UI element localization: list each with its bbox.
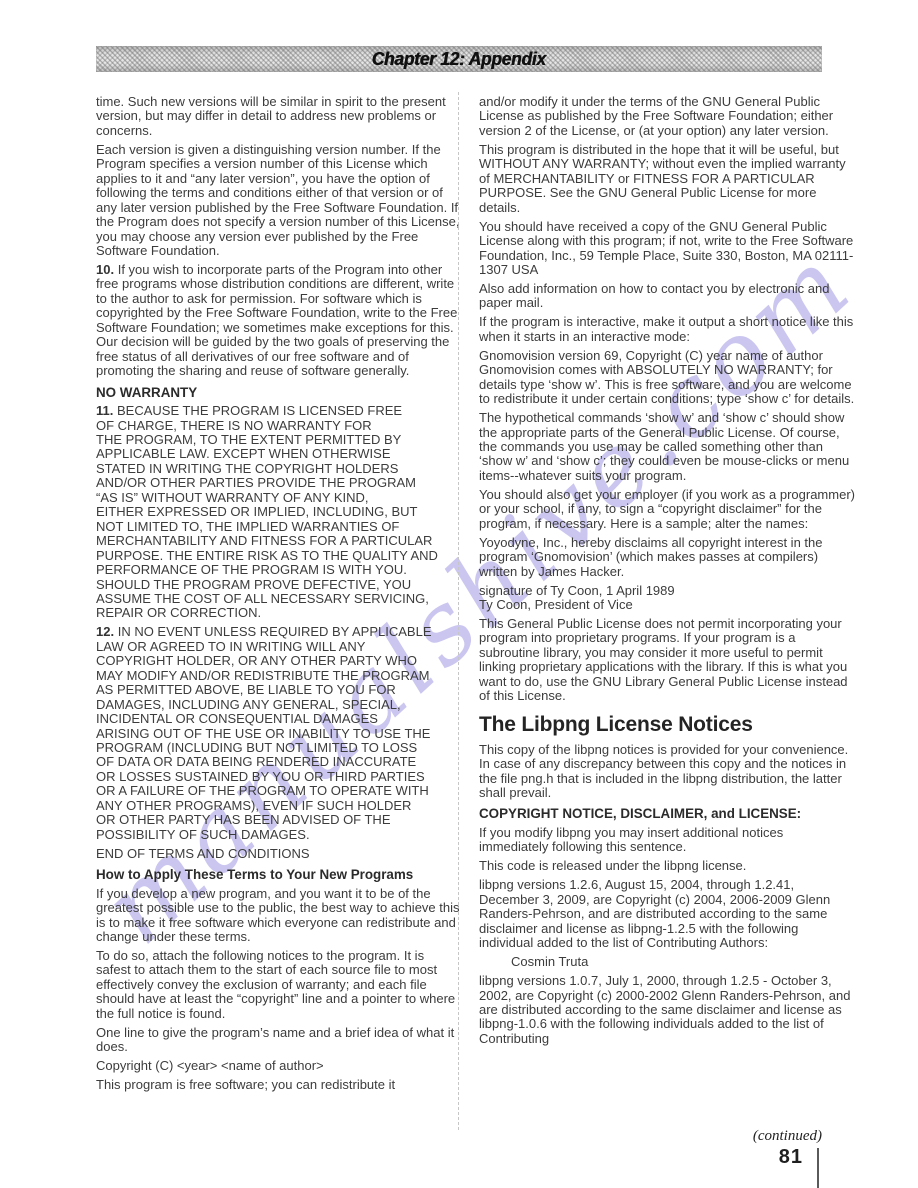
paragraph: 10. If you wish to incorporate parts of … (96, 263, 462, 379)
right-column: and/or modify it under the terms of the … (479, 95, 856, 1051)
paragraph: libpng versions 1.2.6, August 15, 2004, … (479, 878, 856, 950)
paragraph: This program is free software; you can r… (96, 1078, 462, 1092)
clause-text: If you wish to incorporate parts of the … (96, 262, 457, 378)
paragraph: The hypothetical commands ‘show w’ and ‘… (479, 411, 856, 483)
paragraph: One line to give the program’s name and … (96, 1026, 462, 1055)
section-heading-copyright-notice: COPYRIGHT NOTICE, DISCLAIMER, and LICENS… (479, 806, 856, 821)
continued-label: (continued) (753, 1128, 822, 1145)
section-heading-no-warranty: NO WARRANTY (96, 385, 462, 400)
page-number: 81 (779, 1146, 803, 1169)
paragraph: time. Such new versions will be similar … (96, 95, 462, 138)
paragraph: Copyright (C) <year> <name of author> (96, 1059, 462, 1073)
clause-text: BECAUSE THE PROGRAM IS LICENSED FREE OF … (96, 403, 438, 620)
chapter-title: Chapter 12: Appendix (372, 49, 546, 70)
clause-number: 12. (96, 624, 114, 639)
paragraph: 11. BECAUSE THE PROGRAM IS LICENSED FREE… (96, 404, 462, 621)
paragraph: and/or modify it under the terms of the … (479, 95, 856, 138)
paragraph: Each version is given a distinguishing v… (96, 143, 462, 259)
paragraph: You should have received a copy of the G… (479, 220, 856, 278)
chapter-header-bar: Chapter 12: Appendix (96, 46, 822, 72)
paragraph: If you modify libpng you may insert addi… (479, 826, 856, 855)
paragraph: This program is distributed in the hope … (479, 143, 856, 215)
signature-lines: signature of Ty Coon, 1 April 1989 Ty Co… (479, 584, 856, 613)
section-heading-how-to-apply: How to Apply These Terms to Your New Pro… (96, 867, 462, 882)
clause-text: IN NO EVENT UNLESS REQUIRED BY APPLICABL… (96, 624, 432, 841)
paragraph: END OF TERMS AND CONDITIONS (96, 847, 462, 861)
paragraph: Yoyodyne, Inc., hereby disclaims all cop… (479, 536, 856, 579)
paragraph: If the program is interactive, make it o… (479, 315, 856, 344)
paragraph: This copy of the libpng notices is provi… (479, 743, 856, 801)
page-number-rule (817, 1148, 819, 1188)
paragraph: Also add information on how to contact y… (479, 282, 856, 311)
paragraph: libpng versions 1.0.7, July 1, 2000, thr… (479, 974, 856, 1046)
paragraph: This code is released under the libpng l… (479, 859, 856, 873)
contributing-author: Cosmin Truta (479, 955, 856, 969)
paragraph: Gnomovision version 69, Copyright (C) ye… (479, 349, 856, 407)
clause-number: 10. (96, 262, 114, 277)
paragraph: To do so, attach the following notices t… (96, 949, 462, 1021)
paragraph: 12. IN NO EVENT UNLESS REQUIRED BY APPLI… (96, 625, 462, 842)
paragraph: This General Public License does not per… (479, 617, 856, 704)
left-column: time. Such new versions will be similar … (96, 95, 462, 1097)
section-heading-libpng: The Libpng License Notices (479, 713, 856, 737)
scanned-manual-page: manualshive.com Chapter 12: Appendix tim… (0, 0, 918, 1188)
clause-number: 11. (96, 403, 113, 418)
paragraph: If you develop a new program, and you wa… (96, 887, 462, 945)
paragraph: You should also get your employer (if yo… (479, 488, 856, 531)
